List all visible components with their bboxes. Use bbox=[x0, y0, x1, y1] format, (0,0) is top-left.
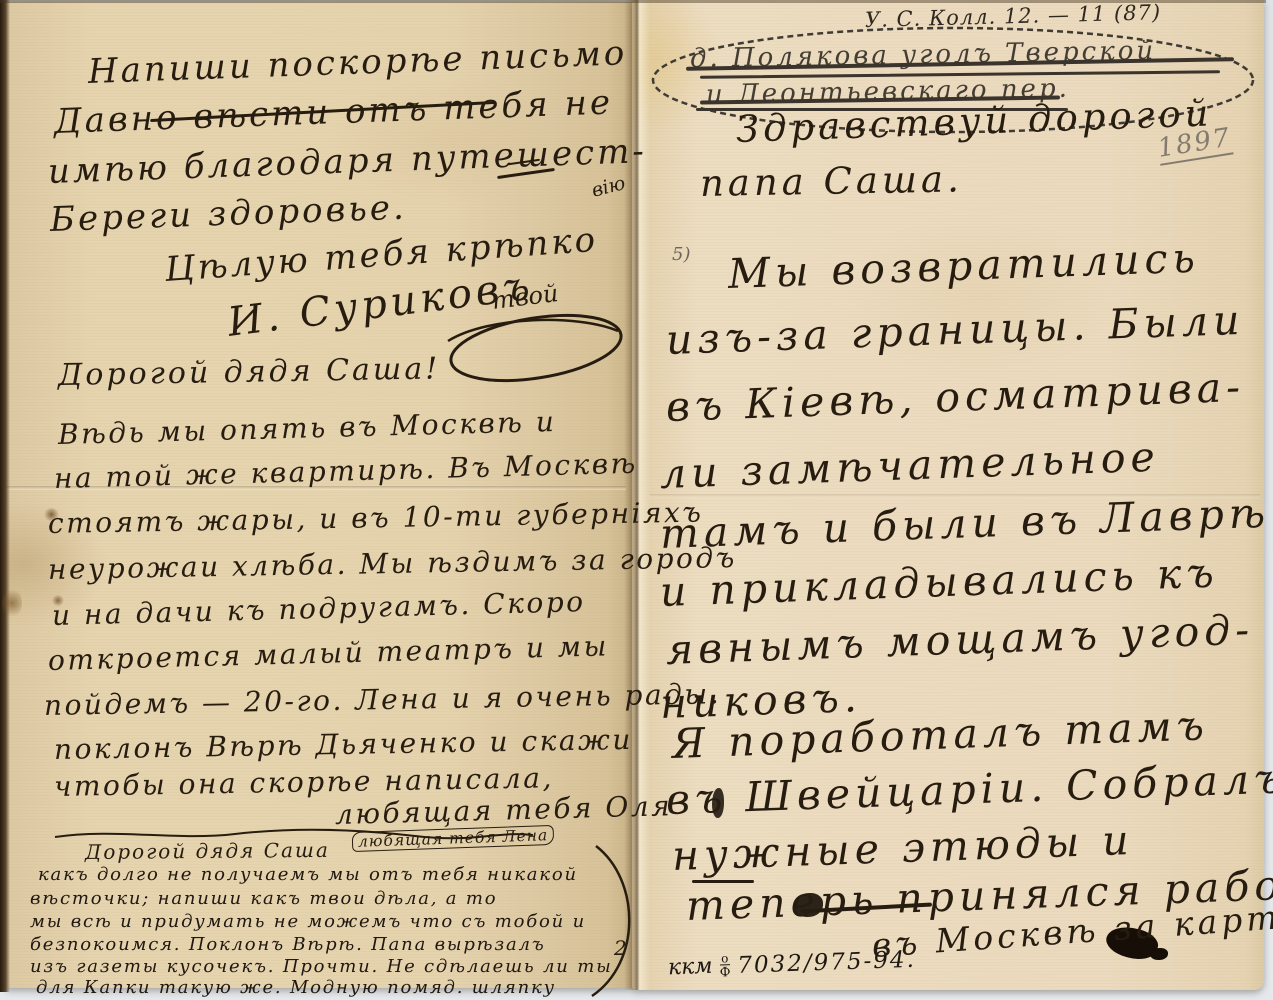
ps-line: для Капки такую же. Модную помяд. шляпку bbox=[36, 977, 556, 998]
sheet-number-annotation: 5) bbox=[672, 244, 690, 265]
ps-line: какъ долго не получаемъ мы отъ тебя ника… bbox=[38, 864, 578, 885]
stamp-number: 7032/975-94. bbox=[737, 946, 916, 978]
signature-flourish bbox=[428, 296, 628, 386]
ink-blot bbox=[1150, 948, 1168, 960]
ps-line: безпокоимся. Поклонъ Вѣрѣ. Папа вырѣзалъ bbox=[30, 934, 546, 955]
paper-edge-shadow bbox=[0, 0, 10, 992]
stamp-org: ккм bbox=[668, 954, 713, 981]
ps-line: изъ газеты кусочекъ. Прочти. Не сдѣлаешь… bbox=[30, 956, 613, 977]
ps-line: мы всѣ и придумать не можемъ что съ тобо… bbox=[30, 911, 586, 932]
ps-bracket bbox=[588, 846, 648, 998]
stamp-fraction-numerator: о bbox=[721, 952, 729, 964]
stamp-fraction-denominator: Ф bbox=[720, 964, 731, 979]
stamp-fraction: о Ф bbox=[719, 952, 731, 979]
ps-salutation: Дорогой дядя Саша bbox=[85, 838, 330, 864]
stain bbox=[2, 588, 22, 618]
letter-scan: Напиши поскорѣе письмо Давно вѣсти отъ т… bbox=[0, 0, 1273, 1000]
greeting-line: папа Саша. bbox=[700, 157, 963, 205]
ps-line: вѣсточки; напиши какъ твои дѣла, а то bbox=[30, 888, 497, 909]
greeting-line: Дорогой дядя Саша! bbox=[58, 351, 441, 393]
